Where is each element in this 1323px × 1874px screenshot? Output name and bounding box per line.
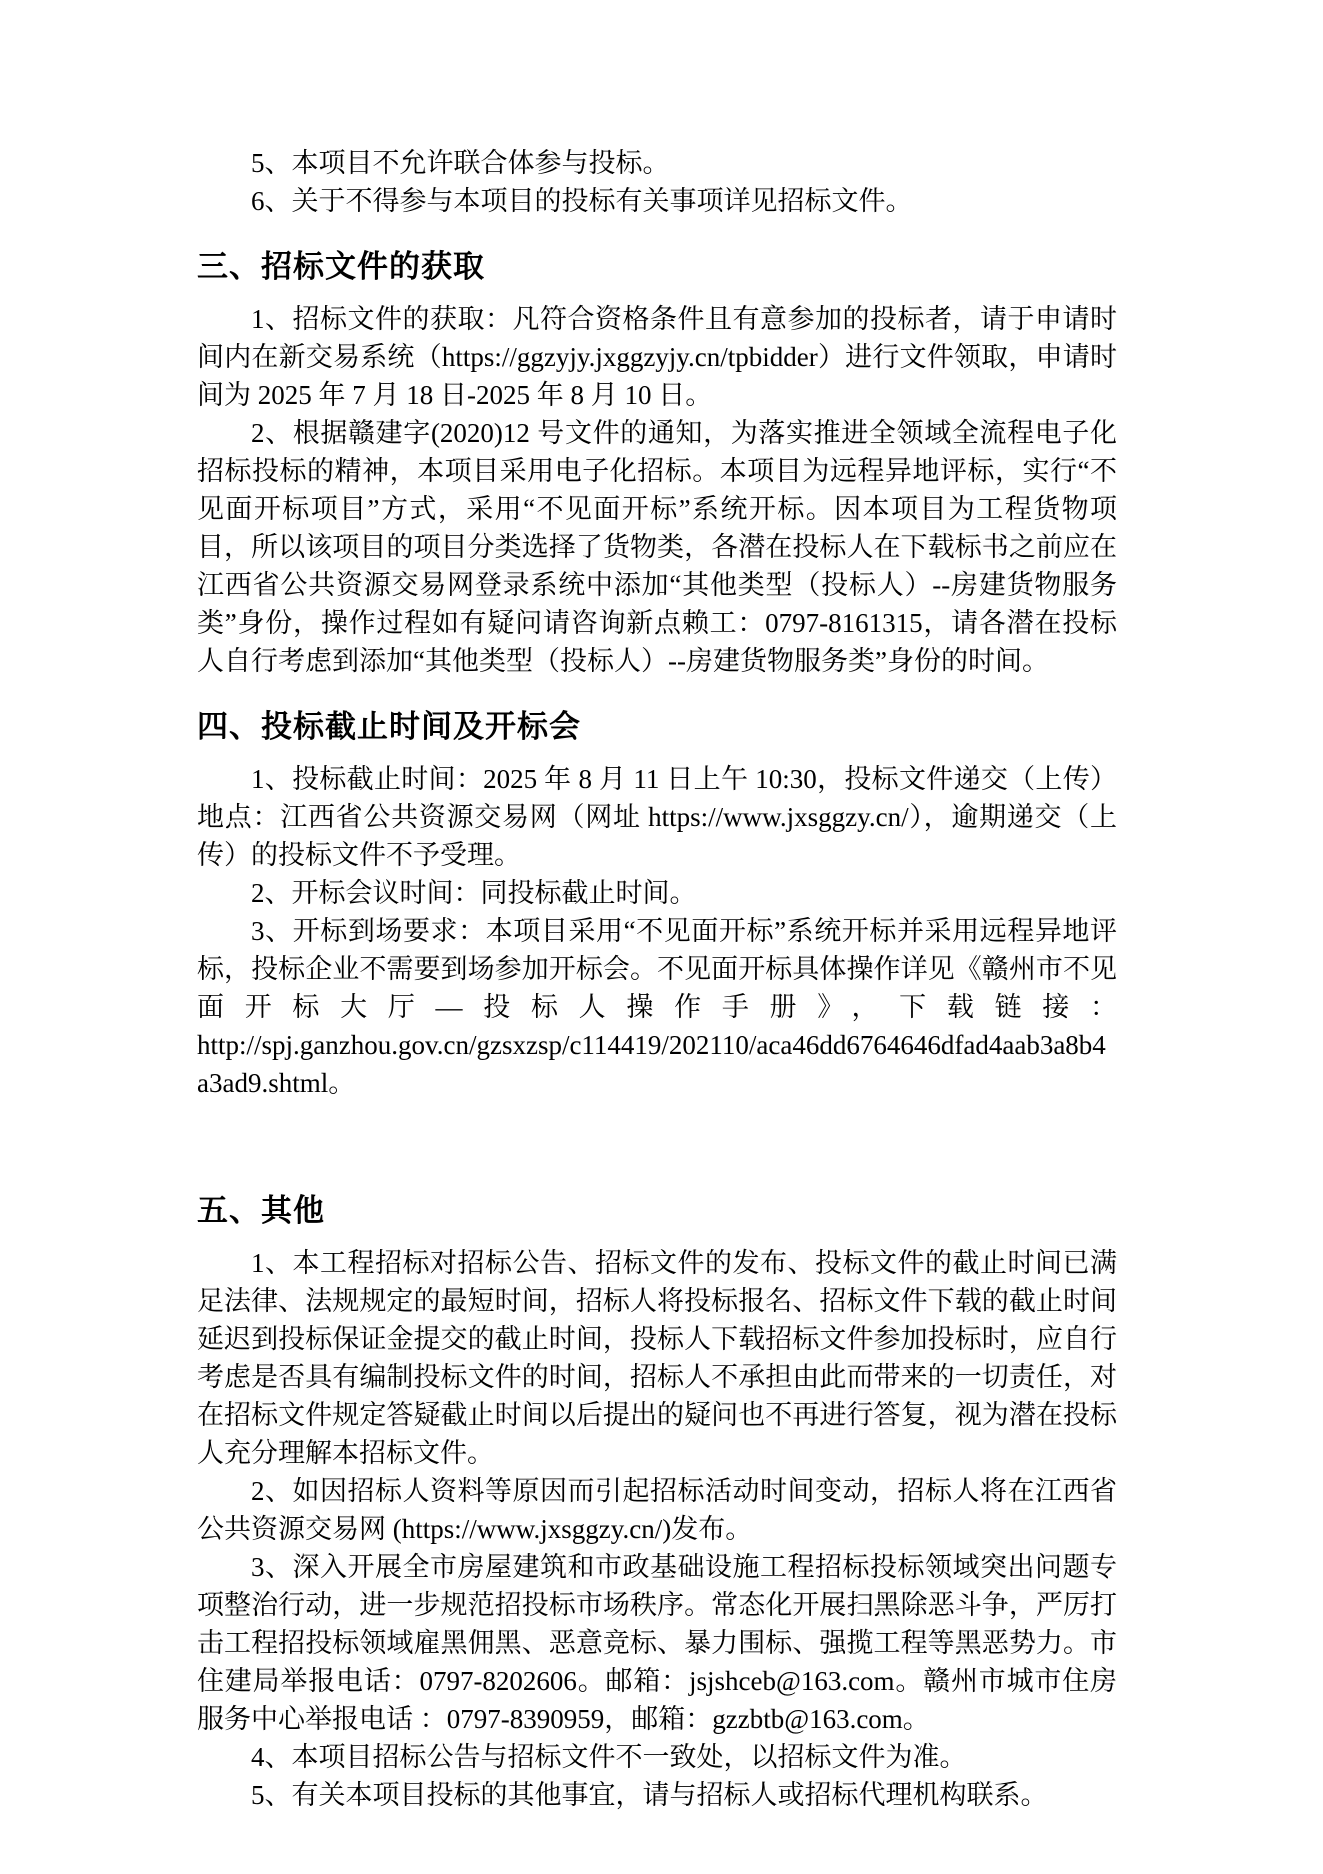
section-heading-others: 五、其他 <box>197 1190 1117 1232</box>
paragraph-acquisition-2: 2、根据赣建字(2020)12 号文件的通知，为落实推进全领域全流程电子化招标投… <box>197 414 1117 680</box>
paragraph-others-5: 5、有关本项目投标的其他事宜，请与招标人或招标代理机构联系。 <box>197 1776 1117 1814</box>
paragraph-acquisition-1: 1、招标文件的获取：凡符合资格条件且有意参加的投标者，请于申请时间内在新交易系统… <box>197 300 1117 414</box>
section-heading-document-acquisition: 三、招标文件的获取 <box>197 246 1117 288</box>
paragraph-others-3: 3、深入开展全市房屋建筑和市政基础设施工程招标投标领域突出问题专项整治行动，进一… <box>197 1548 1117 1738</box>
section-heading-bid-deadline: 四、投标截止时间及开标会 <box>197 706 1117 748</box>
paragraph-others-4: 4、本项目招标公告与招标文件不一致处，以招标文件为准。 <box>197 1738 1117 1776</box>
paragraph-deadline-1: 1、投标截止时间：2025 年 8 月 11 日上午 10:30，投标文件递交（… <box>197 760 1117 874</box>
paragraph-deadline-3: 3、开标到场要求：本项目采用“不见面开标”系统开标并采用远程异地评标，投标企业不… <box>197 912 1117 1102</box>
paragraph-deadline-2: 2、开标会议时间：同投标截止时间。 <box>197 874 1117 912</box>
preceding-list-item-6: 6、关于不得参与本项目的投标有关事项详见招标文件。 <box>197 182 1117 220</box>
paragraph-others-1: 1、本工程招标对招标公告、招标文件的发布、投标文件的截止时间已满足法律、法规规定… <box>197 1244 1117 1472</box>
tender-announcement-page: 5、本项目不允许联合体参与投标。 6、关于不得参与本项目的投标有关事项详见招标文… <box>0 0 1323 1874</box>
preceding-list-item-5: 5、本项目不允许联合体参与投标。 <box>197 144 1117 182</box>
paragraph-others-2: 2、如因招标人资料等原因而引起招标活动时间变动，招标人将在江西省公共资源交易网 … <box>197 1472 1117 1548</box>
